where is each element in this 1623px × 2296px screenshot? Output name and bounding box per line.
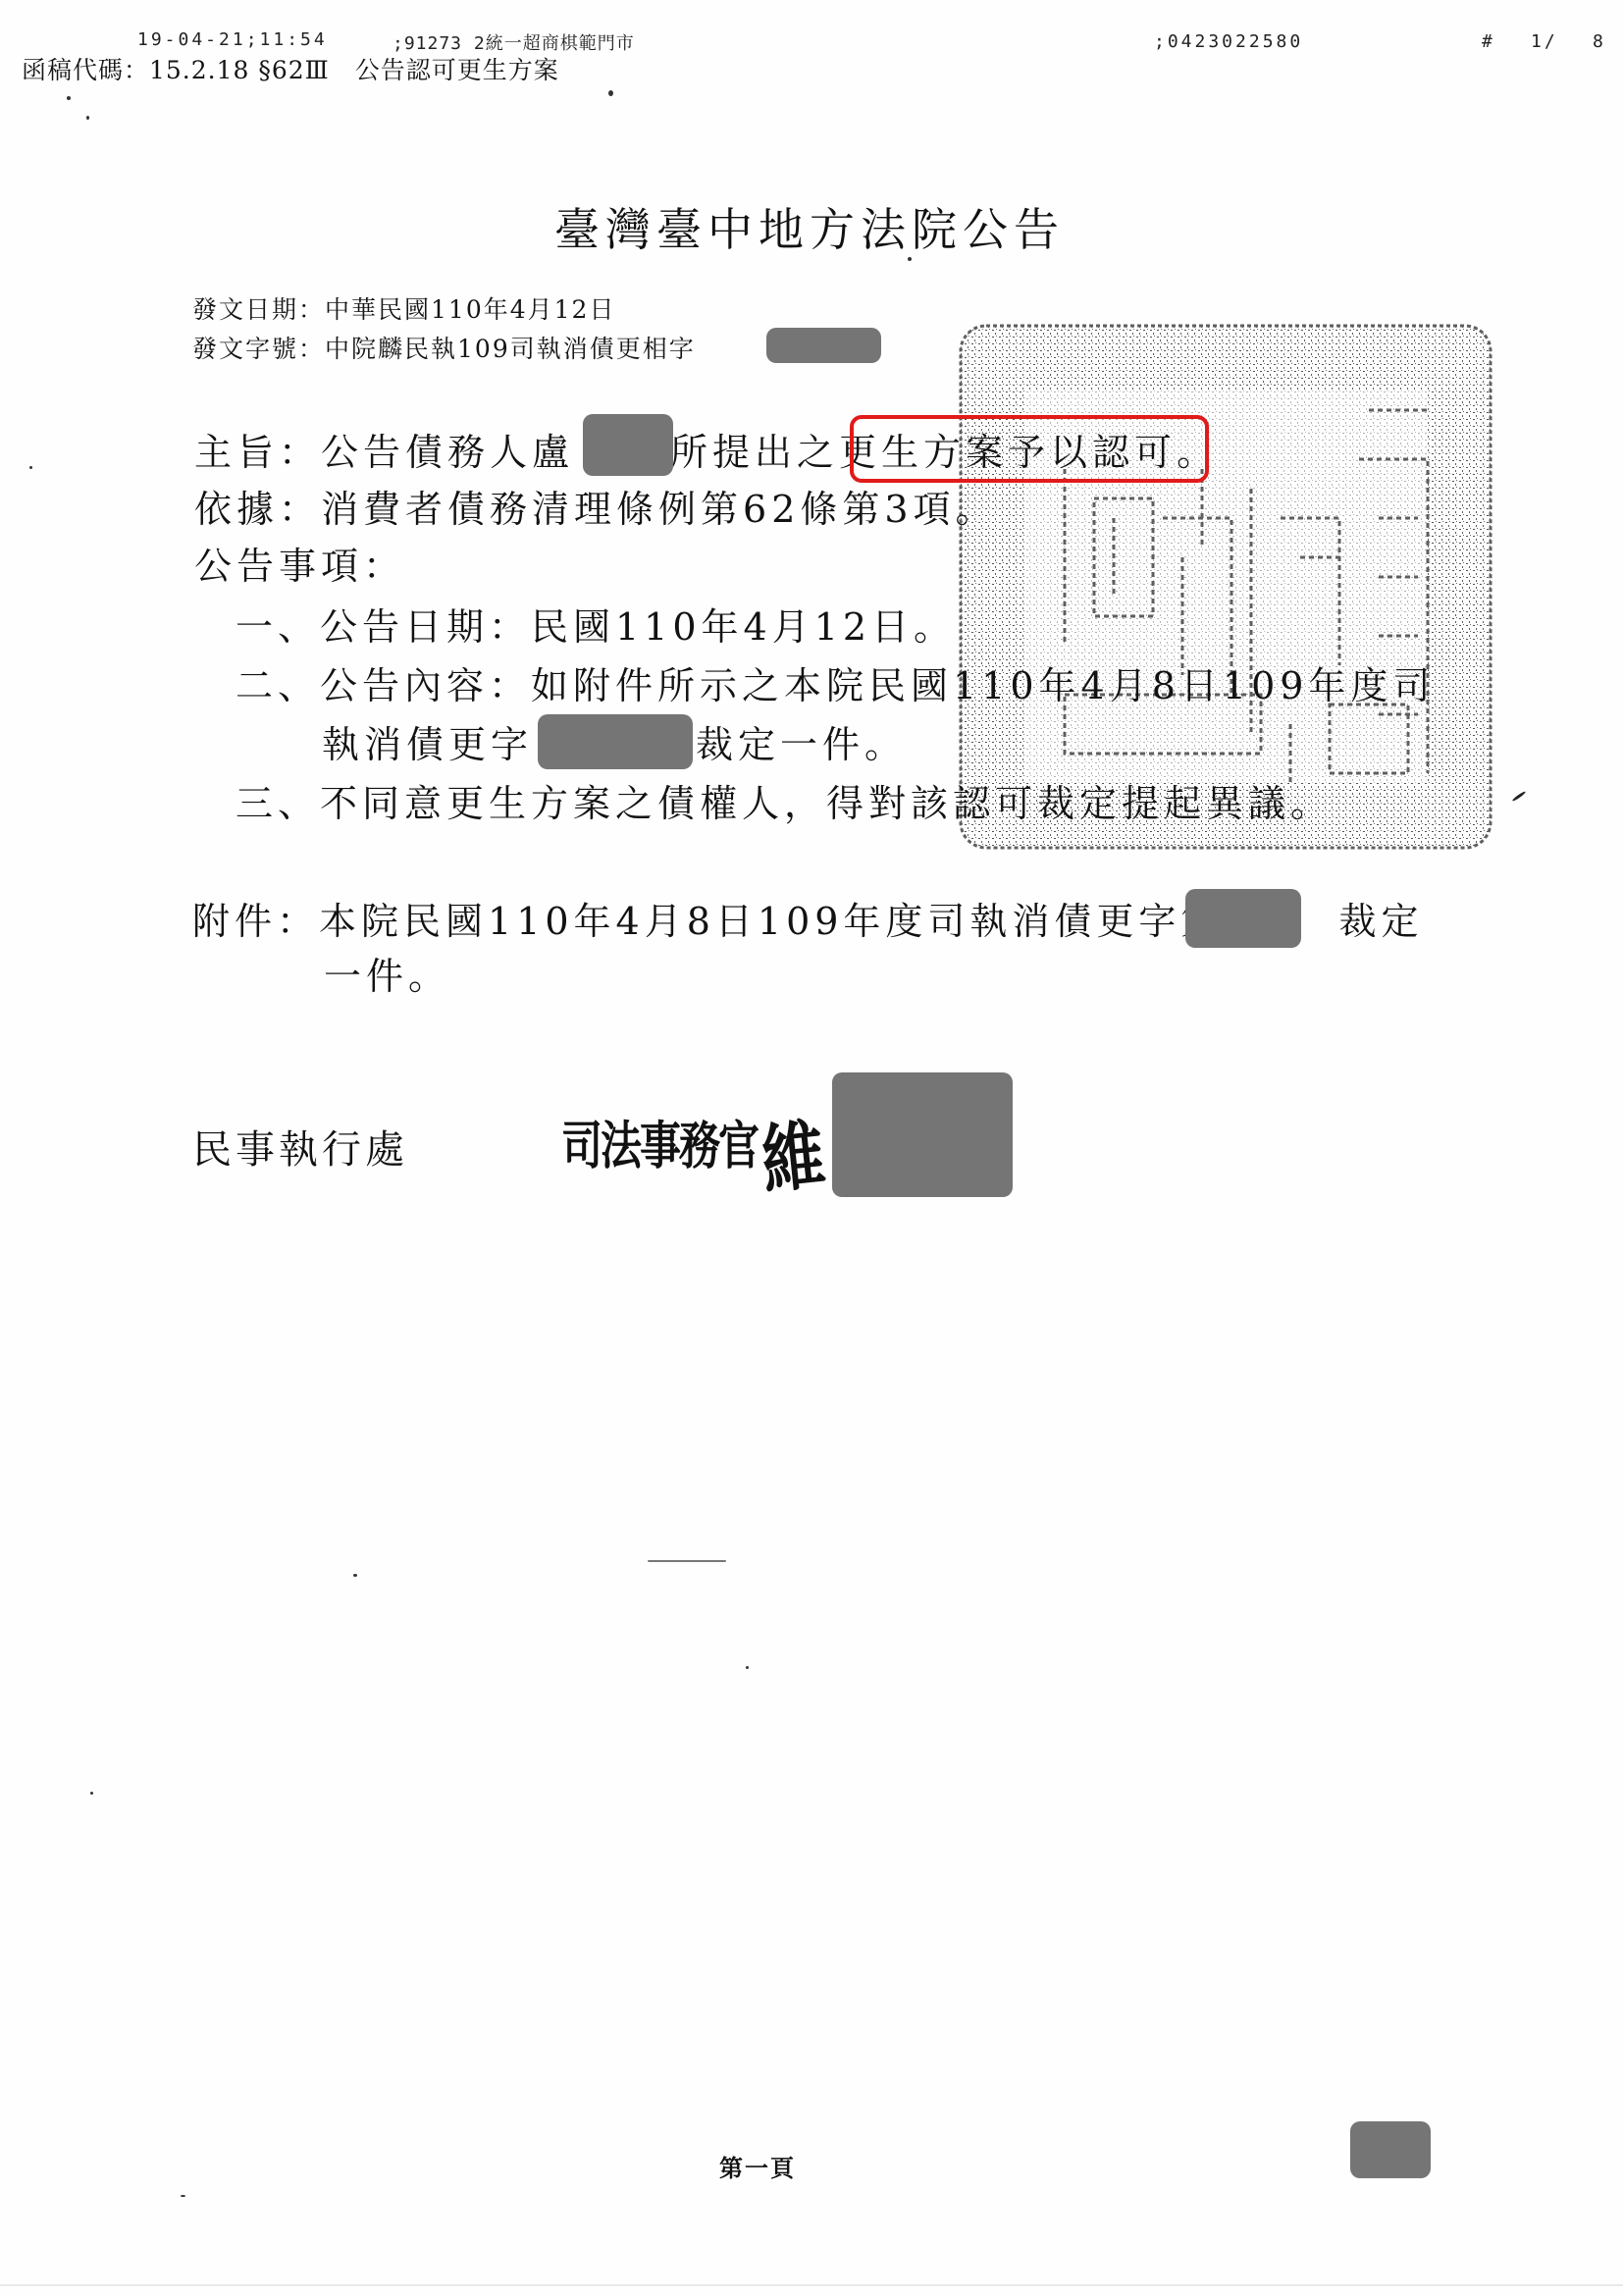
- basis-text: 消費者債務清理條例第62條第3項。: [321, 488, 998, 531]
- scan-speck: [1512, 791, 1527, 803]
- attachment-prefix: 本院民國110年4月8日109年度司執消債更字第: [319, 900, 1223, 943]
- item-2-prefix: 執消債更字: [322, 723, 533, 766]
- signature-name-char: 維: [756, 1095, 829, 1209]
- fax-timestamp: 19-04-21;11:54: [137, 29, 328, 50]
- redaction-attachment-number: [1185, 889, 1301, 948]
- scan-speck: [181, 2195, 185, 2197]
- item-2-suffix: 裁定一件。: [696, 723, 907, 766]
- fax-page-marker: #: [1482, 31, 1495, 52]
- subject-prefix: 公告債務人盧: [321, 431, 574, 474]
- attachment-suffix: 裁定: [1338, 900, 1423, 943]
- issue-date: 發文日期：中華民國110年4月12日: [192, 290, 615, 326]
- subject-mid: 所提出之: [670, 431, 839, 474]
- fax-page-total: 8: [1593, 31, 1606, 52]
- redaction-case-number: [538, 714, 693, 769]
- scan-speck: [648, 1560, 726, 1562]
- basis-label: 依據：: [194, 488, 321, 531]
- attachment-line-2: 一件。: [324, 958, 450, 995]
- fax-page-counter: 1/: [1531, 31, 1558, 52]
- redaction-debtor-name: [583, 414, 673, 476]
- attachment-label: 附件：: [192, 900, 319, 943]
- items-heading: 公告事項：: [194, 548, 405, 585]
- scanned-document-page: 19-04-21;11:54 ;91273 2統一超商棋範門市 ;0423022…: [0, 0, 1623, 2296]
- redaction-issue-number: [766, 328, 881, 363]
- signature-official-title: 司法事務官: [561, 1106, 758, 1179]
- item-1: 一、公告日期：民國110年4月12日。: [236, 608, 956, 646]
- fax-phone: ;0423022580: [1154, 31, 1303, 52]
- issue-number-value: 中院麟民執109司執消債更相字: [325, 335, 696, 363]
- scan-speck: [67, 96, 71, 100]
- draft-code-line: 函稿代碼：15.2.18 §62Ⅲ 公告認可更生方案: [22, 51, 559, 86]
- scan-speck: [908, 257, 912, 261]
- issue-number-label: 發文字號：: [192, 335, 325, 363]
- subject-label: 主旨：: [194, 431, 321, 474]
- redaction-official-name: [832, 1072, 1013, 1197]
- basis-line: 依據：消費者債務清理條例第62條第3項。: [194, 491, 998, 528]
- scan-speck: [746, 1666, 749, 1669]
- page-bottom-edge: [0, 2284, 1623, 2286]
- page-number-label: 第一頁: [719, 2149, 796, 2183]
- scan-speck: [29, 466, 32, 469]
- signature-office: 民事執行處: [192, 1119, 408, 1174]
- scan-speck: [90, 1792, 93, 1795]
- issue-number: 發文字號：中院麟民執109司執消債更相字: [192, 330, 696, 365]
- highlight-approval-box: [850, 415, 1209, 483]
- issue-date-value: 中華民國110年4月12日: [325, 295, 615, 324]
- scan-speck: [86, 116, 89, 120]
- issue-date-label: 發文日期：: [192, 295, 325, 324]
- redaction-footer: [1350, 2121, 1431, 2178]
- scan-speck: [353, 1574, 357, 1577]
- scan-speck: [608, 90, 613, 96]
- item-2-line-1: 二、公告內容：如附件所示之本院民國110年4月8日109年度司: [236, 667, 1435, 704]
- item-3: 三、不同意更生方案之債權人，得對該認可裁定提起異議。: [236, 785, 1333, 822]
- document-title: 臺灣臺中地方法院公告: [554, 194, 1065, 259]
- court-seal-stamp: [957, 322, 1494, 852]
